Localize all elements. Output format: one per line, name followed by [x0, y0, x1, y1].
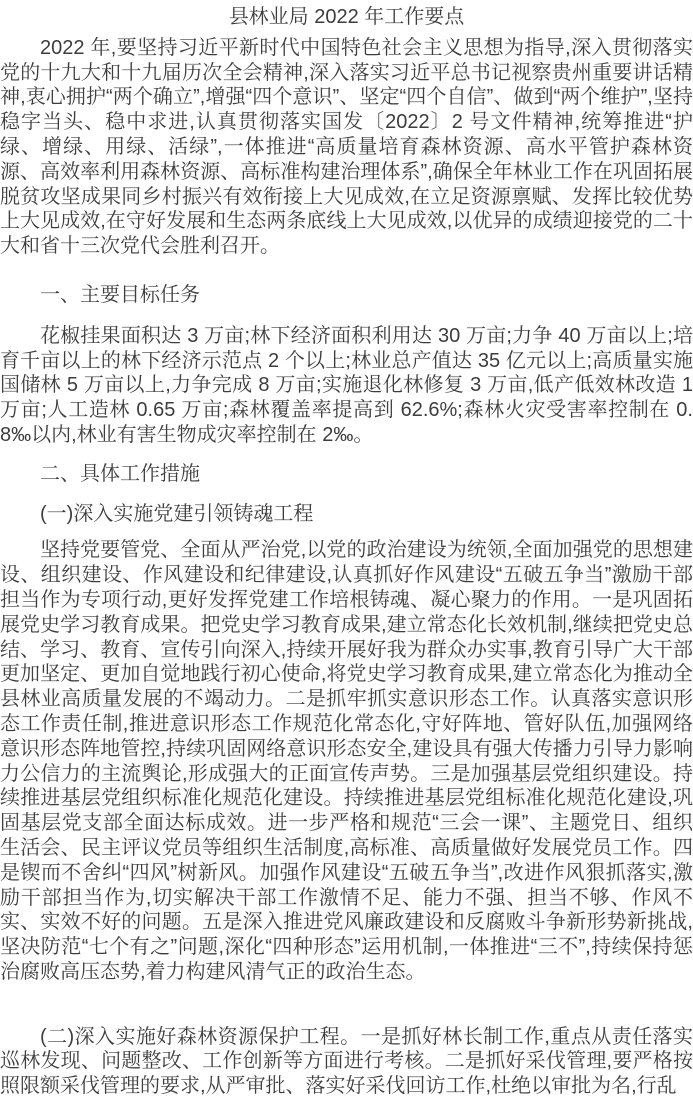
paragraph-forest-protection: (二)深入实施好森林资源保护工程。一是抓好林长制工作,重点从责任落实巡林发现、问…: [0, 1025, 693, 1097]
paragraph-goal-targets: 花椒挂果面积达 3 万亩;林下经济面积利用达 30 万亩;力争 40 万亩以上;…: [0, 324, 693, 448]
paragraph-intro: 2022 年,要坚持习近平新时代中国特色社会主义思想为指导,深入贯彻落实党的十九…: [0, 36, 693, 259]
document-title: 县林业局 2022 年工作要点: [0, 5, 693, 30]
heading-main-goals: 一、主要目标任务: [0, 283, 693, 308]
paragraph-party-building: 坚持党要管党、全面从严治党,以党的政治建设为统领,全面加强党的思想建设、组织建设…: [0, 538, 693, 984]
document-page: 县林业局 2022 年工作要点 2022 年,要坚持习近平新时代中国特色社会主义…: [0, 0, 693, 1097]
heading-project-party-building: (一)深入实施党建引领铸魂工程: [0, 502, 693, 527]
heading-work-measures: 二、具体工作措施: [0, 462, 693, 487]
